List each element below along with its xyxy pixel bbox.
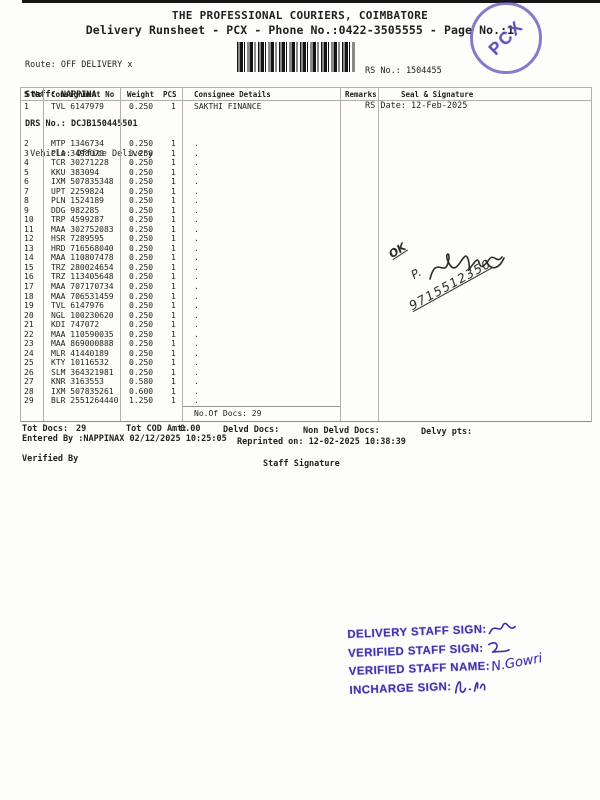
verified-staff-signature-scribble xyxy=(484,639,513,656)
cell-con: PLA 3498070 xyxy=(44,149,121,159)
cell-seal xyxy=(379,187,591,197)
cell-cons: . xyxy=(183,368,341,378)
cell-sno: 3 xyxy=(21,149,44,159)
cell-pcs: 1 xyxy=(161,272,183,282)
cell-pcs: 1 xyxy=(161,244,183,254)
cell-con: HSR 7289595 xyxy=(44,234,121,244)
cell-con: UPT 2259824 xyxy=(44,187,121,197)
cell-pcs: 1 xyxy=(161,330,183,340)
cell-sno: 5 xyxy=(21,168,44,178)
cell-sno: 14 xyxy=(21,253,44,263)
staff-signature-label: Staff Signature xyxy=(263,459,340,469)
cell-pcs: 1 xyxy=(161,168,183,178)
cell-wt: 0.250 xyxy=(121,101,161,139)
no-of-docs-value: No.Of Docs: 29 xyxy=(183,406,341,421)
handwritten-annotations: OK P. 9715512350 xyxy=(368,233,583,353)
cell-sno: 13 xyxy=(21,244,44,254)
cell-rem xyxy=(341,168,379,178)
cell-pcs: 1 xyxy=(161,196,183,206)
cell-wt: 0.250 xyxy=(121,311,161,321)
cell-wt: 0.250 xyxy=(121,177,161,187)
cell-rem xyxy=(341,101,379,139)
cell-wt: 0.250 xyxy=(121,149,161,159)
verified-staff-sign-label: VERIFIED STAFF SIGN: xyxy=(348,643,484,660)
cell-sno: 20 xyxy=(21,311,44,321)
cell-sno: 18 xyxy=(21,292,44,302)
cell-wt: 0.250 xyxy=(121,244,161,254)
route-label: Route: OFF DELIVERY x xyxy=(25,61,153,71)
cell-rem xyxy=(341,358,379,368)
cell-sno: 12 xyxy=(21,234,44,244)
cell-con: KTY 10116532 xyxy=(44,358,121,368)
cell-wt: 0.250 xyxy=(121,168,161,178)
cell-sno: 24 xyxy=(21,349,44,359)
cell-con: DDG 982285 xyxy=(44,206,121,216)
cell-seal xyxy=(379,368,591,378)
cell-pcs: 1 xyxy=(161,101,183,139)
cell-pcs: 1 xyxy=(161,139,183,149)
cell-cons: . xyxy=(183,187,341,197)
cell-cons: . xyxy=(183,320,341,330)
cell-empty xyxy=(44,406,121,421)
cell-rem xyxy=(341,187,379,197)
delvy-pts-label: Delvy pts: xyxy=(421,427,472,437)
cell-pcs: 1 xyxy=(161,387,183,397)
delivery-staff-sign-label: DELIVERY STAFF SIGN: xyxy=(347,624,487,641)
cell-con: BLR 2551264440 xyxy=(44,396,121,406)
cell-pcs: 1 xyxy=(161,225,183,235)
cell-cons: . xyxy=(183,206,341,216)
cell-sno: 28 xyxy=(21,387,44,397)
handwritten-signer-initial: P. xyxy=(409,265,424,282)
cell-pcs: 1 xyxy=(161,149,183,159)
table-row: 1TVL 61479790.2501SAKTHI FINANCE xyxy=(21,101,591,139)
cell-seal xyxy=(379,358,591,368)
cell-wt: 0.580 xyxy=(121,377,161,387)
col-header-weight: Weight xyxy=(121,88,161,100)
cell-wt: 0.250 xyxy=(121,339,161,349)
cell-seal xyxy=(379,158,591,168)
cell-cons: . xyxy=(183,396,341,406)
cell-sno: 29 xyxy=(21,396,44,406)
cell-pcs: 1 xyxy=(161,253,183,263)
cell-wt: 0.250 xyxy=(121,196,161,206)
cell-wt: 0.250 xyxy=(121,272,161,282)
cell-con: MAA 707170734 xyxy=(44,282,121,292)
table-row: 6IXM 5078353480.2501. xyxy=(21,177,591,187)
cell-rem xyxy=(341,177,379,187)
table-row: 25KTY 101165320.2501. xyxy=(21,358,591,368)
cell-pcs: 1 xyxy=(161,187,183,197)
table-row: 5KKU 3830940.2501. xyxy=(21,168,591,178)
cell-wt: 0.250 xyxy=(121,292,161,302)
cell-cons: . xyxy=(183,292,341,302)
table-row: 28IXM 5078352610.6001. xyxy=(21,387,591,397)
verification-stamp-block: DELIVERY STAFF SIGN: VERIFIED STAFF SIGN… xyxy=(347,617,575,700)
cell-sno: 25 xyxy=(21,358,44,368)
cell-seal xyxy=(379,101,591,139)
cell-empty xyxy=(341,406,379,421)
cell-sno: 15 xyxy=(21,263,44,273)
table-row: 2MTP 13467340.2501. xyxy=(21,139,591,149)
cell-con: KKU 383094 xyxy=(44,168,121,178)
pcx-stamp-text: PCX xyxy=(484,16,527,59)
cell-rem xyxy=(341,196,379,206)
cell-pcs: 1 xyxy=(161,263,183,273)
cell-rem xyxy=(341,396,379,406)
cell-seal xyxy=(379,387,591,397)
handwritten-ok: OK xyxy=(386,240,408,261)
cell-rem xyxy=(341,139,379,149)
cell-seal xyxy=(379,177,591,187)
col-header-seal: Seal & Signature xyxy=(379,88,591,100)
cell-wt: 0.250 xyxy=(121,253,161,263)
cell-cons: . xyxy=(183,387,341,397)
verified-by-label: Verified By xyxy=(22,454,78,464)
table-row: 10TRP 45992870.2501. xyxy=(21,215,591,225)
cell-wt: 0.250 xyxy=(121,263,161,273)
cell-con: TRZ 280024654 xyxy=(44,263,121,273)
cell-con: PLN 1524189 xyxy=(44,196,121,206)
cell-cons: SAKTHI FINANCE xyxy=(183,101,341,139)
cell-cons: . xyxy=(183,330,341,340)
cell-pcs: 1 xyxy=(161,377,183,387)
rs-no-label: RS No.: 1504455 xyxy=(365,66,467,78)
cell-con: TRP 4599287 xyxy=(44,215,121,225)
cell-con: MLR 41440189 xyxy=(44,349,121,359)
cell-pcs: 1 xyxy=(161,234,183,244)
cell-sno: 23 xyxy=(21,339,44,349)
table-row: 4TCR 302712280.2501. xyxy=(21,158,591,168)
cell-pcs: 1 xyxy=(161,282,183,292)
cell-sno: 27 xyxy=(21,377,44,387)
cell-con: IXM 507835261 xyxy=(44,387,121,397)
cell-cons: . xyxy=(183,177,341,187)
barcode xyxy=(237,42,355,72)
cell-cons: . xyxy=(183,358,341,368)
tot-cod-label: Tot COD Amt: xyxy=(126,424,187,434)
cell-seal xyxy=(379,396,591,406)
cell-wt: 0.250 xyxy=(121,282,161,292)
cell-wt: 0.250 xyxy=(121,139,161,149)
cell-rem xyxy=(341,215,379,225)
cell-cons: . xyxy=(183,158,341,168)
cell-wt: 1.250 xyxy=(121,396,161,406)
cell-sno: 21 xyxy=(21,320,44,330)
cell-con: KDI 747072 xyxy=(44,320,121,330)
cell-con: MAA 110807478 xyxy=(44,253,121,263)
cell-sno: 8 xyxy=(21,196,44,206)
cell-cons: . xyxy=(183,215,341,225)
cell-wt: 0.250 xyxy=(121,368,161,378)
cell-sno: 2 xyxy=(21,139,44,149)
cell-cons: . xyxy=(183,263,341,273)
col-header-pcs: PCS xyxy=(161,88,183,100)
pcx-round-stamp: PCX xyxy=(470,2,542,74)
cell-sno: 22 xyxy=(21,330,44,340)
cell-wt: 0.250 xyxy=(121,225,161,235)
cell-pcs: 1 xyxy=(161,158,183,168)
cell-wt: 0.600 xyxy=(121,387,161,397)
cell-con: MAA 869000888 xyxy=(44,339,121,349)
cell-rem xyxy=(341,158,379,168)
col-header-remarks: Remarks xyxy=(341,88,379,100)
cell-con: MAA 302752083 xyxy=(44,225,121,235)
cell-cons: . xyxy=(183,282,341,292)
reprinted-on-line: Reprinted on: 12-02-2025 10:38:39 xyxy=(237,437,406,447)
col-header-sno: S No xyxy=(21,88,44,100)
col-header-consignment: Consignment No xyxy=(44,88,121,100)
cell-pcs: 1 xyxy=(161,339,183,349)
cell-cons: . xyxy=(183,139,341,149)
cell-con: MTP 1346734 xyxy=(44,139,121,149)
cell-wt: 0.250 xyxy=(121,330,161,340)
incharge-signature-scribble xyxy=(452,675,487,696)
cell-pcs: 1 xyxy=(161,301,183,311)
cell-cons: . xyxy=(183,301,341,311)
cell-cons: . xyxy=(183,234,341,244)
tot-cod-value: 0.00 xyxy=(180,424,200,434)
cell-sno: 17 xyxy=(21,282,44,292)
cell-pcs: 1 xyxy=(161,320,183,330)
delivery-runsheet-document: THE PROFESSIONAL COURIERS, COIMBATORE De… xyxy=(0,0,600,800)
no-of-docs-row: No.Of Docs: 29 xyxy=(21,406,591,421)
cell-con: IXM 507835348 xyxy=(44,177,121,187)
cell-con: TCR 30271228 xyxy=(44,158,121,168)
cell-sno: 26 xyxy=(21,368,44,378)
cell-seal xyxy=(379,206,591,216)
table-header-row: S No Consignment No Weight PCS Consignee… xyxy=(21,88,591,101)
cell-wt: 0.250 xyxy=(121,215,161,225)
cell-rem xyxy=(341,368,379,378)
cell-cons: . xyxy=(183,225,341,235)
cell-empty xyxy=(121,406,161,421)
cell-con: MAA 110590035 xyxy=(44,330,121,340)
cell-sno: 6 xyxy=(21,177,44,187)
cell-rem xyxy=(341,149,379,159)
cell-wt: 0.250 xyxy=(121,206,161,216)
cell-seal xyxy=(379,215,591,225)
cell-con: HRD 716568040 xyxy=(44,244,121,254)
cell-rem xyxy=(341,387,379,397)
cell-rem xyxy=(341,377,379,387)
delvd-docs-label: Delvd Docs: xyxy=(223,425,279,435)
cell-pcs: 1 xyxy=(161,349,183,359)
table-row: 29BLR 25512644401.2501. xyxy=(21,396,591,406)
cell-sno: 11 xyxy=(21,225,44,235)
cell-cons: . xyxy=(183,196,341,206)
cell-sno: 10 xyxy=(21,215,44,225)
cell-sno: 1 xyxy=(21,101,44,139)
cell-cons: . xyxy=(183,149,341,159)
table-row: 3PLA 34980700.2501. xyxy=(21,149,591,159)
cell-pcs: 1 xyxy=(161,358,183,368)
cell-con: TVL 6147976 xyxy=(44,301,121,311)
cell-pcs: 1 xyxy=(161,311,183,321)
cell-sno: 4 xyxy=(21,158,44,168)
cell-cons: . xyxy=(183,272,341,282)
entered-by-line: Entered By :NAPPINAX 02/12/2025 10:25:05 xyxy=(22,434,227,444)
cell-cons: . xyxy=(183,168,341,178)
cell-wt: 0.250 xyxy=(121,187,161,197)
cell-wt: 0.250 xyxy=(121,349,161,359)
cell-sno: 16 xyxy=(21,272,44,282)
cell-cons: . xyxy=(183,377,341,387)
cell-seal xyxy=(379,149,591,159)
cell-wt: 0.250 xyxy=(121,234,161,244)
cell-empty xyxy=(21,406,44,421)
cell-seal xyxy=(379,139,591,149)
tot-docs-value: 29 xyxy=(76,424,86,434)
cell-sno: 7 xyxy=(21,187,44,197)
cell-pcs: 1 xyxy=(161,215,183,225)
cell-wt: 0.250 xyxy=(121,158,161,168)
cell-con: KNR 3163553 xyxy=(44,377,121,387)
cell-seal xyxy=(379,377,591,387)
cell-cons: . xyxy=(183,349,341,359)
cell-wt: 0.250 xyxy=(121,358,161,368)
table-row: 8PLN 15241890.2501. xyxy=(21,196,591,206)
delivery-staff-signature-scribble xyxy=(487,621,518,638)
tot-docs-label: Tot Docs: xyxy=(22,424,68,434)
incharge-sign-label: INCHARGE SIGN: xyxy=(349,681,451,697)
table-row: 26SLM 3643219810.2501. xyxy=(21,368,591,378)
cell-con: MAA 706531459 xyxy=(44,292,121,302)
cell-cons: . xyxy=(183,339,341,349)
cell-cons: . xyxy=(183,244,341,254)
cell-rem xyxy=(341,206,379,216)
cell-sno: 19 xyxy=(21,301,44,311)
cell-pcs: 1 xyxy=(161,206,183,216)
table-row: 7UPT 22598240.2501. xyxy=(21,187,591,197)
cell-pcs: 1 xyxy=(161,177,183,187)
cell-con: TVL 6147979 xyxy=(44,101,121,139)
table-row: 27KNR 31635530.5801. xyxy=(21,377,591,387)
cell-wt: 0.250 xyxy=(121,301,161,311)
cell-empty xyxy=(379,406,591,421)
cell-pcs: 1 xyxy=(161,396,183,406)
cell-pcs: 1 xyxy=(161,368,183,378)
cell-cons: . xyxy=(183,253,341,263)
cell-wt: 0.250 xyxy=(121,320,161,330)
cell-sno: 9 xyxy=(21,206,44,216)
col-header-consignee: Consignee Details xyxy=(183,88,341,100)
cell-con: TRZ 113405648 xyxy=(44,272,121,282)
cell-con: NGL 100230620 xyxy=(44,311,121,321)
cell-cons: . xyxy=(183,311,341,321)
table-row: 9DDG 9822850.2501. xyxy=(21,206,591,216)
cell-empty xyxy=(161,406,183,421)
cell-con: SLM 364321981 xyxy=(44,368,121,378)
non-delvd-docs-label: Non Delvd Docs: xyxy=(303,426,380,436)
cell-seal xyxy=(379,168,591,178)
cell-pcs: 1 xyxy=(161,292,183,302)
cell-seal xyxy=(379,196,591,206)
